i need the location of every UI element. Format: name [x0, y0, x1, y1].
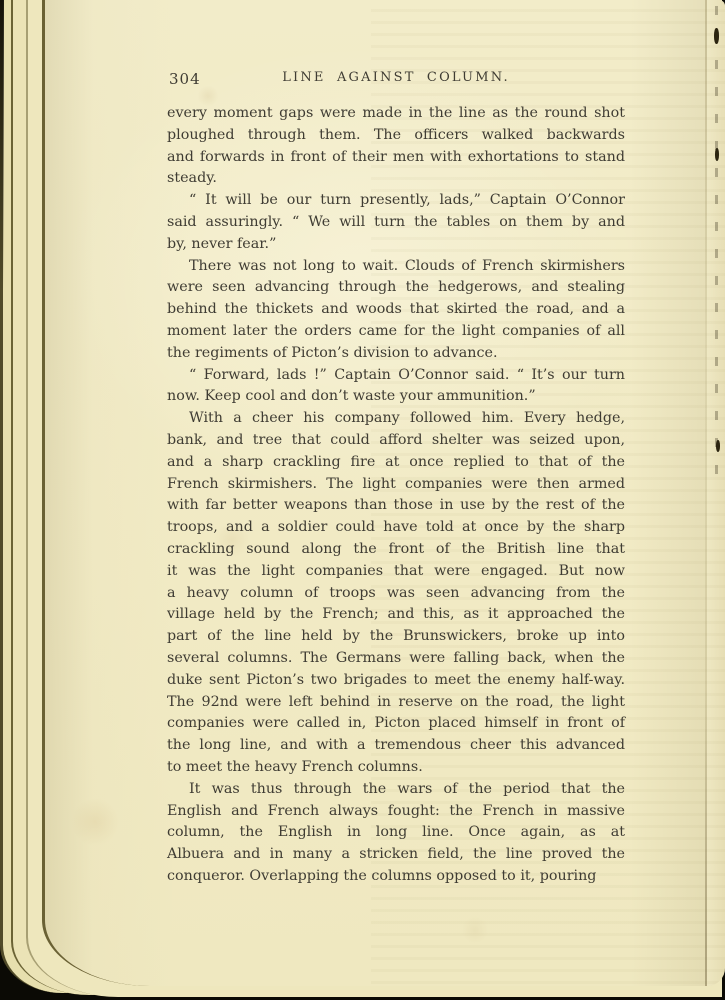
text-line: “ It will be our turn presently, lads,” … [167, 190, 625, 212]
running-header: LINE AGAINST COLUMN. [167, 70, 625, 85]
text-line: companies were called in, Picton placed … [167, 713, 625, 735]
scan-speck [715, 148, 719, 161]
text-line: several columns. The Germans were fallin… [167, 648, 625, 670]
binding-shadow [0, 0, 4, 290]
book-scan: 304 LINE AGAINST COLUMN. every moment ga… [0, 0, 725, 1000]
text-line: There was not long to wait. Clouds of Fr… [167, 256, 625, 278]
text-line: village held by the French; and this, as… [167, 604, 625, 626]
text-line: steady. [167, 168, 625, 190]
text-line: to meet the heavy French columns. [167, 757, 625, 779]
page-crease [705, 0, 707, 986]
page-number: 304 [169, 70, 201, 88]
text-line: a heavy column of troops was seen advanc… [167, 583, 625, 605]
text-line: part of the line held by the Brunswicker… [167, 626, 625, 648]
text-line: French skirmishers. The light companies … [167, 474, 625, 496]
text-line: With a cheer his company followed him. E… [167, 408, 625, 430]
paragraph: “ It will be our turn presently, lads,” … [167, 190, 625, 255]
text-line: ploughed through them. The officers walk… [167, 125, 625, 147]
text-line: duke sent Picton’s two brigades to meet … [167, 670, 625, 692]
text-line: “ Forward, lads !” Captain O’Connor said… [167, 365, 625, 387]
text-line: bank, and tree that could afford shelter… [167, 430, 625, 452]
text-line: It was thus through the wars of the peri… [167, 779, 625, 801]
text-line: said assuringly. “ We will turn the tabl… [167, 212, 625, 234]
text-line: and a sharp crackling fire at once repli… [167, 452, 625, 474]
text-line: with far better weapons than those in us… [167, 495, 625, 517]
text-line: conqueror. Overlapping the columns oppos… [167, 866, 625, 888]
text-line: troops, and a soldier could have told at… [167, 517, 625, 539]
paragraph: It was thus through the wars of the peri… [167, 779, 625, 888]
paragraph: There was not long to wait. Clouds of Fr… [167, 256, 625, 365]
scan-speck [716, 440, 720, 452]
text-line: the regiments of Picton’s division to ad… [167, 343, 625, 365]
text-line: the long line, and with a tremendous che… [167, 735, 625, 757]
text-line: crackling sound along the front of the B… [167, 539, 625, 561]
paragraph: every moment gaps were made in the line … [167, 103, 625, 190]
text-line: moment later the orders came for the lig… [167, 321, 625, 343]
paragraph: “ Forward, lads !” Captain O’Connor said… [167, 365, 625, 409]
text-line: by, never fear.” [167, 234, 625, 256]
page-header: 304 LINE AGAINST COLUMN. [167, 70, 625, 85]
scan-speck [714, 28, 719, 44]
text-line: were seen advancing through the hedgerow… [167, 277, 625, 299]
text-line: behind the thickets and woods that skirt… [167, 299, 625, 321]
book-page: 304 LINE AGAINST COLUMN. every moment ga… [42, 0, 725, 986]
text-line: now. Keep cool and don’t waste your ammu… [167, 386, 625, 408]
text-line: Albuera and in many a stricken field, th… [167, 844, 625, 866]
text-line: it was the light companies that were eng… [167, 561, 625, 583]
text-line: column, the English in long line. Once a… [167, 822, 625, 844]
text-line: English and French always fought: the Fr… [167, 801, 625, 823]
page-edge-marks [715, 6, 718, 476]
text-line: and forwards in front of their men with … [167, 147, 625, 169]
text-line: every moment gaps were made in the line … [167, 103, 625, 125]
paragraph: With a cheer his company followed him. E… [167, 408, 625, 779]
text-line: The 92nd were left behind in reserve on … [167, 692, 625, 714]
text-block: every moment gaps were made in the line … [167, 103, 625, 888]
